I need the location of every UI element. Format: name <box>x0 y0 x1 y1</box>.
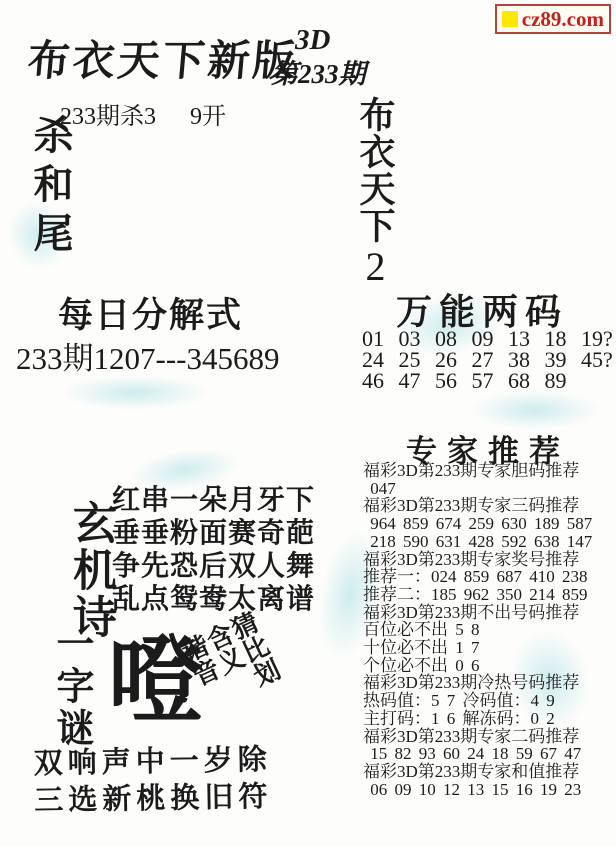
two-codes-row: 46 47 56 57 68 89 <box>362 370 614 391</box>
two-codes-grid: 01 03 08 09 13 18 19?24 25 26 27 38 39 4… <box>362 328 614 391</box>
expert-recommendations: 福彩3D第233期专家胆码推荐 047福彩3D第233期专家三码推荐 964 8… <box>363 462 615 798</box>
expert-line: 218 590 631 428 592 638 147 <box>363 533 615 551</box>
expert-line: 个位必不出 0 6 <box>363 657 615 675</box>
expert-line: 15 82 93 60 24 18 59 67 47 <box>363 745 615 763</box>
expert-line: 十位必不出 1 7 <box>363 639 615 657</box>
couplet-line: 双响声中一岁除 <box>33 742 272 783</box>
riddle-label: 一字谜 <box>44 624 99 750</box>
open-text: 9开 <box>190 96 226 131</box>
expert-line: 主打码：1 6 解冻码：0 2 <box>363 710 615 728</box>
daily-breakdown-title: 每日分解式 <box>58 288 243 338</box>
couplet-line: 三选新桃换旧符 <box>34 779 273 820</box>
site-logo: cz89.com <box>495 4 611 34</box>
left-vertical-label: 杀和尾 <box>22 114 79 261</box>
logo-text: cz89.com <box>522 9 604 30</box>
expert-line: 06 09 10 12 13 15 16 19 23 <box>363 781 615 799</box>
expert-line: 福彩3D第233期专家胆码推荐 <box>363 462 615 480</box>
watermark <box>470 390 600 430</box>
expert-line: 推荐一：024 859 687 410 238 <box>363 568 615 586</box>
watermark <box>60 375 210 410</box>
right-vertical-label: 布衣天下2 <box>350 96 401 290</box>
daily-breakdown-formula: 233期1207---345689 <box>16 333 279 378</box>
poem-line: 乱点鸳鸯太离谱 <box>112 583 315 616</box>
page-title: 布衣天下新版 <box>25 28 300 88</box>
poem-line: 争先恐后双人舞 <box>112 550 315 583</box>
expert-line: 964 859 674 259 630 189 587 <box>363 515 615 533</box>
right-vertical-text: 布衣天下 <box>355 96 395 244</box>
couplet: 双响声中一岁除三选新桃换旧符 <box>33 742 272 820</box>
lottery-tip-sheet: cz89.com 布衣天下新版 3D 第233期 233期杀3 9开 杀和尾 布… <box>0 0 616 846</box>
logo-yellow-square-icon <box>502 11 518 27</box>
expert-line: 推荐二：185 962 350 214 859 <box>363 586 615 604</box>
poem-line: 垂垂粉面赛奇葩 <box>112 517 315 550</box>
expert-line: 047 <box>363 480 615 498</box>
expert-line: 福彩3D第233期专家三码推荐 <box>363 497 615 515</box>
issue-number: 第233期 <box>271 52 366 91</box>
mystery-poem: 红串一朵月牙下垂垂粉面赛奇葩争先恐后双人舞乱点鸳鸯太离谱 <box>112 484 315 616</box>
expert-line: 热码值：5 7 冷码值：4 9 <box>363 692 615 710</box>
expert-line: 福彩3D第233期专家和值推荐 <box>363 763 615 781</box>
expert-line: 福彩3D第233期冷热号码推荐 <box>363 674 615 692</box>
expert-line: 百位必不出 5 8 <box>363 621 615 639</box>
right-vertical-number: 2 <box>353 244 398 290</box>
expert-line: 福彩3D第233期专家二码推荐 <box>363 728 615 746</box>
two-codes-row: 24 25 26 27 38 39 45? <box>362 349 614 370</box>
expert-line: 福彩3D第233期不出号码推荐 <box>363 604 615 622</box>
expert-line: 福彩3D第233期专家奖号推荐 <box>363 551 615 569</box>
two-codes-row: 01 03 08 09 13 18 19? <box>362 328 614 349</box>
poem-line: 红串一朵月牙下 <box>112 484 315 517</box>
kill-line: 233期杀3 9开 <box>60 96 226 131</box>
